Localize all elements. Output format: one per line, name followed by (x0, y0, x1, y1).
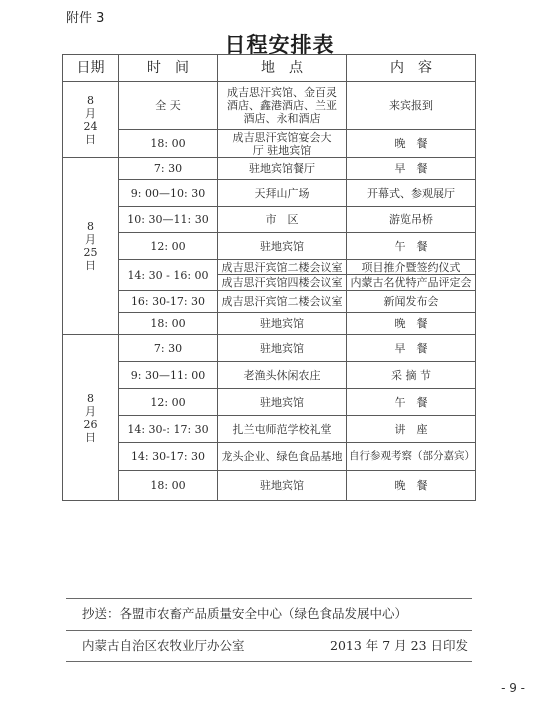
content-cell: 自行参观考察（部分嘉宾） (347, 443, 476, 471)
time-cell: 9: 30—11: 00 (119, 362, 218, 389)
table-row: 10: 30—11: 30 市 区 游览吊桥 (63, 207, 476, 233)
table-row: 14: 30-17: 30 龙头企业、绿色食品基地 自行参观考察（部分嘉宾） (63, 443, 476, 471)
schedule-table: 日期 时 间 地 点 内 容 8月24日 全 天 成吉思汗宾馆、金百灵酒店、鑫港… (62, 54, 476, 501)
time-cell: 16: 30-17: 30 (119, 291, 218, 313)
time-cell: 12: 00 (119, 389, 218, 416)
header-time: 时 间 (119, 55, 218, 82)
place-cell: 成吉思汗宾馆宴会大厅 驻地宾馆 (218, 130, 347, 158)
table-row: 18: 00 驻地宾馆 晚 餐 (63, 471, 476, 501)
place-cell: 驻地宾馆餐厅 (218, 158, 347, 180)
table-row: 9: 00—10: 30 天拜山广场 开幕式、参观展厅 (63, 180, 476, 207)
content-cell: 午 餐 (347, 233, 476, 260)
date-cell: 8月26日 (63, 335, 119, 501)
content-cell: 来宾报到 (347, 82, 476, 130)
content-cell: 讲 座 (347, 416, 476, 443)
issuer: 内蒙古自治区农牧业厅办公室 (82, 636, 245, 654)
content-cell: 早 餐 (347, 158, 476, 180)
content-cell: 午 餐 (347, 389, 476, 416)
time-cell: 7: 30 (119, 335, 218, 362)
time-cell: 9: 00—10: 30 (119, 180, 218, 207)
time-cell: 10: 30—11: 30 (119, 207, 218, 233)
divider (66, 630, 472, 631)
divider (66, 661, 472, 662)
place-cell: 成吉思汗宾馆二楼会议室 (218, 260, 347, 275)
place-cell: 驻地宾馆 (218, 471, 347, 501)
table-row: 8月25日 7: 30 驻地宾馆餐厅 早 餐 (63, 158, 476, 180)
header-date: 日期 (63, 55, 119, 82)
content-cell: 采 摘 节 (347, 362, 476, 389)
date-cell: 8月25日 (63, 158, 119, 335)
header-content: 内 容 (347, 55, 476, 82)
time-cell: 14: 30 - 16: 00 (119, 260, 218, 291)
content-cell: 项目推介暨签约仪式 (347, 260, 476, 275)
cc-line: 抄送：各盟市农畜产品质量安全中心（绿色食品发展中心） (82, 604, 407, 622)
divider (66, 598, 472, 599)
table-row: 8月26日 7: 30 驻地宾馆 早 餐 (63, 335, 476, 362)
table-row: 12: 00 驻地宾馆 午 餐 (63, 233, 476, 260)
place-cell: 成吉思汗宾馆四楼会议室 (218, 275, 347, 291)
date-cell: 8月24日 (63, 82, 119, 158)
content-cell: 内蒙古名优特产品评定会 (347, 275, 476, 291)
place-cell: 驻地宾馆 (218, 313, 347, 335)
time-cell: 14: 30-: 17: 30 (119, 416, 218, 443)
place-cell: 成吉思汗宾馆二楼会议室 (218, 291, 347, 313)
time-cell: 7: 30 (119, 158, 218, 180)
attachment-label: 附件 3 (66, 7, 104, 26)
table-row: 14: 30 - 16: 00 成吉思汗宾馆二楼会议室 项目推介暨签约仪式 (63, 260, 476, 275)
page-number: - 9 - (501, 681, 525, 695)
content-cell: 新闻发布会 (347, 291, 476, 313)
place-cell: 驻地宾馆 (218, 233, 347, 260)
table-row: 16: 30-17: 30 成吉思汗宾馆二楼会议室 新闻发布会 (63, 291, 476, 313)
table-row: 9: 30—11: 00 老渔头休闲农庄 采 摘 节 (63, 362, 476, 389)
place-cell: 驻地宾馆 (218, 389, 347, 416)
table-row: 8月24日 全 天 成吉思汗宾馆、金百灵酒店、鑫港酒店、兰亚酒店、永和酒店 来宾… (63, 82, 476, 130)
place-cell: 龙头企业、绿色食品基地 (218, 443, 347, 471)
content-cell: 开幕式、参观展厅 (347, 180, 476, 207)
table-row: 14: 30-: 17: 30 扎兰屯师范学校礼堂 讲 座 (63, 416, 476, 443)
time-cell: 14: 30-17: 30 (119, 443, 218, 471)
header-place: 地 点 (218, 55, 347, 82)
content-cell: 晚 餐 (347, 471, 476, 501)
table-row: 18: 00 驻地宾馆 晚 餐 (63, 313, 476, 335)
table-row: 12: 00 驻地宾馆 午 餐 (63, 389, 476, 416)
time-cell: 全 天 (119, 82, 218, 130)
content-cell: 晚 餐 (347, 130, 476, 158)
place-cell: 成吉思汗宾馆、金百灵酒店、鑫港酒店、兰亚酒店、永和酒店 (218, 82, 347, 130)
issue-date: 2013 年 7 月 23 日印发 (330, 636, 468, 654)
time-cell: 12: 00 (119, 233, 218, 260)
table-row: 18: 00 成吉思汗宾馆宴会大厅 驻地宾馆 晚 餐 (63, 130, 476, 158)
time-cell: 18: 00 (119, 313, 218, 335)
time-cell: 18: 00 (119, 130, 218, 158)
place-cell: 市 区 (218, 207, 347, 233)
content-cell: 晚 餐 (347, 313, 476, 335)
time-cell: 18: 00 (119, 471, 218, 501)
place-cell: 老渔头休闲农庄 (218, 362, 347, 389)
place-cell: 驻地宾馆 (218, 335, 347, 362)
place-cell: 扎兰屯师范学校礼堂 (218, 416, 347, 443)
header-row: 日期 时 间 地 点 内 容 (63, 55, 476, 82)
content-cell: 游览吊桥 (347, 207, 476, 233)
place-cell: 天拜山广场 (218, 180, 347, 207)
content-cell: 早 餐 (347, 335, 476, 362)
